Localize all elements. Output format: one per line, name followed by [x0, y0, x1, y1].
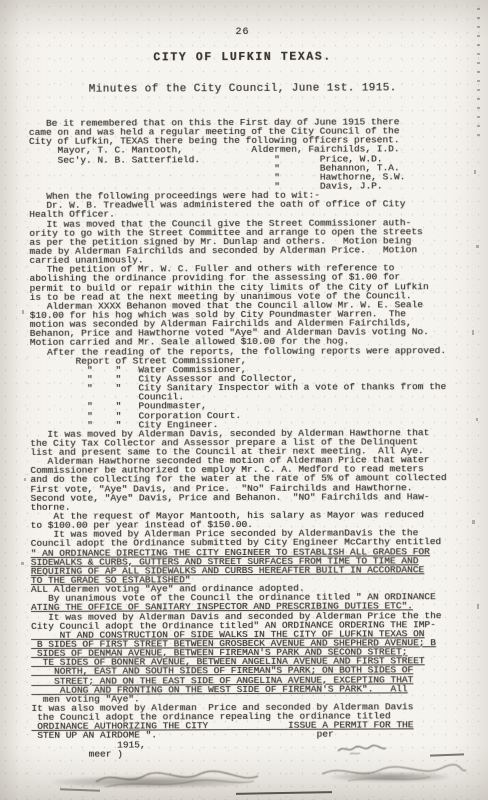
- document-title: CITY OF LUFKIN TEXAS.: [0, 50, 487, 65]
- page-content: 26 CITY OF LUFKIN TEXAS. Minutes of the …: [0, 0, 488, 800]
- scanned-minutes-page: 26 CITY OF LUFKIN TEXAS. Minutes of the …: [0, 0, 488, 800]
- page-number: 26: [0, 26, 486, 39]
- text-line: meer ): [32, 748, 488, 759]
- minutes-body: Be it remembered that on this the First …: [29, 117, 488, 759]
- text-line: Second vote, "Aye" Davis, Price and Beha…: [30, 492, 488, 503]
- document-subtitle: Minutes of the City Council, June 1st. 1…: [0, 82, 487, 96]
